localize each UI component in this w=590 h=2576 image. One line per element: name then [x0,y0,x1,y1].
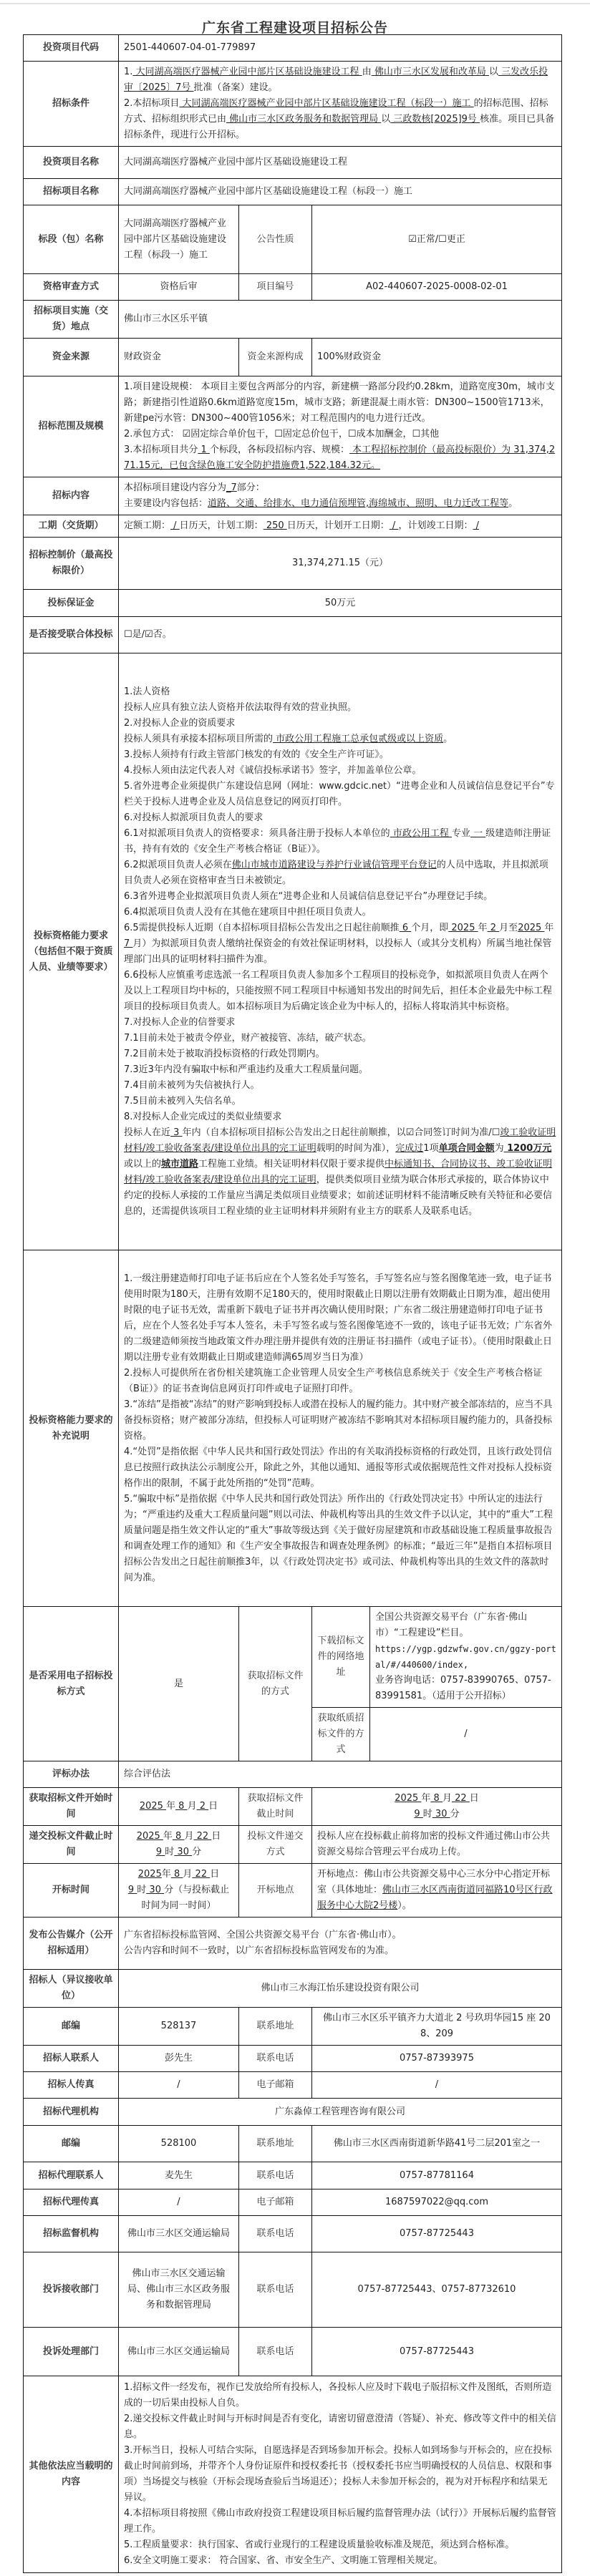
page-title: 广东省工程建设项目招标公告 [0,17,590,37]
row-tender-name: 招标项目名称 大同湖高端医疗器械产业园中部片区基础设施建设工程（标段一）施工 [24,179,562,205]
label-content: 招标内容 [24,477,119,515]
row-complaint-handle: 投诉处理部门 佛山市三水区交通运输局 联系电话 0757-87725443 [24,2328,562,2376]
invest-code-value: 2501-440607-04-01-779897 [119,35,562,62]
label-tenderer-postcode: 邮编 [24,2008,119,2046]
label-opening-time: 开标时间 [24,1864,119,1918]
paragraph: 7.1目前未处于被责令停业，财产被接管、冻结，破产状态。 [124,1031,556,1046]
agency-postcode-value: 528100 [119,2126,239,2162]
opening-time-value: 2025年 8 月 22 日 9 时 30 分（与投标截止时间为同一时间） [119,1864,239,1918]
row-agency-postcode: 邮编 528100 联系地址 佛山市三水区西南街道新华路41号二层201室之一 [24,2126,562,2162]
label-complaint-handle: 投诉处理部门 [24,2328,119,2376]
agency-address-value: 佛山市三水区西南街道新华路41号二层201室之一 [312,2126,562,2162]
label-conditions: 招标条件 [24,62,119,147]
label-consortium: 是否接受联合体投标 [24,617,119,653]
label-submit-deadline: 递交投标文件截止时间 [24,1826,119,1864]
row-agency-fax: 招标代理传真 / 电子邮箱 1687597022@qq.com [24,2189,562,2216]
label-download-address: 下载招标文件的网络地址 [312,1607,370,1708]
row-complaint-receive: 投诉接收部门 佛山市三水区交通运输局、佛山市三水区政务服务和数据管理局 联系电话… [24,2252,562,2328]
paragraph: 3.“冻结”是指被“冻结”的财产影响到投标人或潜在投标人的履约能力。其中财产被全… [124,1397,556,1444]
section-value: 大同湖高端医疗器械产业园中部片区基础设施建设工程（标段一）施工 [119,205,239,274]
paragraph: 4.“处罚”是指依据《中华人民共和国行政处罚法》作出的有关取消投标资格的行政处罚… [124,1444,556,1492]
paragraph: 6.3省外进粤企业拟派项目负责人须在“进粤企业和人员诚信信息登记平台”办理登记手… [124,889,556,905]
label-supervision: 招标监督机构 [24,2216,119,2252]
agency-email-value: 1687597022@qq.com [312,2189,562,2216]
agency-person-value: 麦先生 [119,2162,239,2189]
project-code-value: A02-440607-2025-0008-02-01 [312,274,562,301]
media-value: 广东省招标投标监管网、全国公共资源交易平台（广东省·佛山市）。 公告内容和时间不… [119,1918,562,1970]
complaint-receive-value: 佛山市三水区交通运输局、佛山市三水区政务服务和数据管理局 [119,2252,239,2328]
row-obtain-time: 获取招标文件开始时间 2025 年 8 月 2 日 获取招标文件截止时间 202… [24,1788,562,1826]
row-agency: 招标代理机构 广东淼倬工程管理咨询有限公司 [24,2099,562,2126]
paragraph: 3.投标人须持有行政主管部门核发的有效的《安全生产许可证》。 [124,747,556,763]
label-electronic: 是否采用电子招标投标方式 [24,1607,119,1761]
paragraph: 2.承包方式： ☑固定综合单价包干，☐固定总价包干，☐成本加酬金，☐其他 [124,427,556,442]
label-paper-method: 获取纸质招标文件的方式 [312,1708,370,1761]
label-other: 其他依法应当载明的内容 [24,2376,119,2573]
paragraph: 6.2拟派项目负责人必须在佛山市城市道路建设与养护行业诚信管理平台登记的人员中选… [124,857,556,889]
paragraph: 1.法人资格 [124,684,556,700]
submit-method-value: 投标人应在投标截止前将加密的投标文件通过佛山市公共资源交易综合管理云平台成功上传… [312,1826,562,1864]
label-section: 标段（包）名称 [24,205,119,274]
paragraph: 6.对投标人拟派项目负责人的要求 [124,810,556,826]
paragraph: 6.安全文明施工要求： 符合国家、省、市安全生产、文明施工管理相关规定。 [124,2553,556,2569]
notice-nature-value: ☑正常/☐更正 [312,205,562,274]
duration-text: 定额工期： / 日历天，计划工期： 250 日历天，计划开工日期： / ，计划竣… [119,515,562,538]
row-consortium: 是否接受联合体投标 ☐是/☑否。 [24,617,562,653]
content-text: 本招标项目建设内容分为_7部分：主要建设内容包括：道路、交通、给排水、电力通信预… [119,477,562,515]
location-value: 佛山市三水区乐平镇 [119,301,562,339]
label-tenderer-address: 联系地址 [239,2008,312,2046]
row-media: 发布公告媒介（公开招标适用） 广东省招标投标监管网、全国公共资源交易平台（广东省… [24,1918,562,1970]
label-agency-fax: 招标代理传真 [24,2189,119,2216]
agency-phone-value: 0757-87781164 [312,2162,562,2189]
row-qual-review: 资格审查方式 资格后审 项目编号 A02-440607-2025-0008-02… [24,274,562,301]
tenderer-person-value: 彭先生 [119,2046,239,2072]
label-supervision-phone: 联系电话 [239,2216,312,2252]
paragraph: 投标人在近 3 年内（自本招标项目招标公告发出之日起往前顺推，以☑合同签订时间为… [124,1125,556,1220]
row-scope: 招标范围及规模 1.项目建设规模： 本项目主要包含两部分的内容，新建横一路部分段… [24,376,562,477]
paragraph: 3.开标当日，投标人可结合实际，自愿选择是否到场参加开标会。投标人如到场参与开标… [124,2443,556,2506]
tenderer-address-value: 佛山市三水区乐平镇齐力大道北 2 号玖玥华园15 座 208、209 [312,2008,562,2046]
qualification-text: 1.法人资格投标人应具有独立法人资格并依法取得有效的营业执照。2.对投标人企业的… [119,653,562,1250]
label-tenderer-phone: 联系电话 [239,2046,312,2072]
label-complaint-handle-phone: 联系电话 [239,2328,312,2376]
paragraph: 主要建设内容包括：道路、交通、给排水、电力通信预埋管,海绵城市、照明、电力迁改工… [124,496,556,512]
row-electronic-download: 是否采用电子招标投标方式 是 获取招标文件的方式 下载招标文件的网络地址 全国公… [24,1607,562,1708]
label-obtain-end: 获取招标文件截止时间 [239,1788,312,1826]
submit-deadline-date: 2025 年 8 月 22 日 [124,1829,233,1844]
qualification-note-text: 1.一级注册建造师打印电子证书后应在个人签名处手写签名，手写签名应与签名图像笔迹… [119,1250,562,1607]
label-agency-address: 联系地址 [239,2126,312,2162]
paragraph: 7.3近3年内没有骗取中标和严重违约及重大工程质量问题。 [124,1062,556,1078]
row-section: 标段（包）名称 大同湖高端医疗器械产业园中部片区基础设施建设工程（标段一）施工 … [24,205,562,274]
paragraph: 6.4拟派项目负责人没有在其他在建项目中担任项目负责人。 [124,905,556,920]
funding-composition-value: 100%财政资金 [312,339,562,376]
opening-date: 2025年 8 月 22 日 [124,1867,233,1882]
label-control-price: 招标控制价（最高投标限价） [24,538,119,590]
label-project-code: 项目编号 [239,274,312,301]
paragraph: 7.对投标人企业的信誉要求 [124,1015,556,1031]
opening-time: 9 时 30 分（与投标截止时间为同一时间） [124,1882,233,1914]
row-tenderer-postcode: 邮编 528137 联系地址 佛山市三水区乐平镇齐力大道北 2 号玖玥华园15 … [24,2008,562,2046]
label-complaint-receive-phone: 联系电话 [239,2252,312,2328]
agency-value: 广东淼倬工程管理咨询有限公司 [119,2099,562,2126]
label-notice-nature: 公告性质 [239,205,312,274]
paragraph: 6.1对拟派项目负责人的资格要求：须具备注册于投标人本单位的 市政公用工程 专业… [124,826,556,857]
download-phone: 业务咨询电话：0757-83990765、0757-83991581。（适用于公… [375,1673,556,1704]
label-obtain-method: 获取招标文件的方式 [239,1607,312,1761]
row-qualification: 投标资格能力要求（包括但不限于资质人员、业绩等要求） 1.法人资格投标人应具有独… [24,653,562,1250]
row-invest-code: 投资项目代码 2501-440607-04-01-779897 [24,35,562,62]
paragraph: 7.4目前未被列为失信被执行人。 [124,1078,556,1094]
label-tenderer-email: 电子邮箱 [239,2072,312,2099]
obtain-end-time: 9 时 30 分 [317,1807,556,1822]
paragraph: 2.本招标项目 大同湖高端医疗器械产业园中部片区基础设施建设工程（标段一）施工 … [124,96,556,143]
tenderer-email-value: / [312,2072,562,2099]
label-agency-postcode: 邮编 [24,2126,119,2162]
tenderer-fax-value: / [119,2072,239,2099]
tenderer-postcode-value: 528137 [119,2008,239,2046]
label-obtain-start: 获取招标文件开始时间 [24,1788,119,1826]
paragraph: 4.投标人须由法定代表人对《诚信投标承诺书》签字，并加盖单位公章。 [124,763,556,779]
label-evaluation: 评标办法 [24,1761,119,1788]
label-qualification: 投标资格能力要求（包括但不限于资质人员、业绩等要求） [24,653,119,1250]
paragraph: 6.5需提供投标人近期（自本招标项目招标公告发出之日起往前顺推 6 个月，即 2… [124,920,556,968]
paragraph: 5.“骗取中标”是指依据《中华人民共和国行政处罚法》所作出的《行政处罚决定书》中… [124,1492,556,1586]
label-tender-name: 招标项目名称 [24,179,119,205]
row-qualification-note: 投标资格能力要求的补充说明 1.一级注册建造师打印电子证书后应在个人签名处手写签… [24,1250,562,1607]
paragraph: 7.5目前未被列入失信名单。 [124,1094,556,1109]
obtain-start-value: 2025 年 8 月 2 日 [119,1788,239,1826]
conditions-text: 1. 大同湖高端医疗器械产业园中部片区基础设施建设工程 由 佛山市三水区发展和改… [119,62,562,147]
label-duration: 工期（交货期） [24,515,119,538]
row-control-price: 招标控制价（最高投标限价） 31,374,271.15（元） [24,538,562,590]
paragraph: 2.递交投标文件截止时间与开标时间是否有变化，请密切留意澄清（答疑）、补充、修改… [124,2411,556,2443]
paragraph: 投标人应具有独立法人资格并依法取得有效的营业执照。 [124,700,556,716]
submit-deadline-time: 9 时 30 分 [124,1844,233,1860]
obtain-end-date: 2025 年 8 月 22 日 [317,1791,556,1807]
evaluation-value: 综合评估法 [119,1761,562,1788]
submit-deadline-value: 2025 年 8 月 22 日 9 时 30 分 [119,1826,239,1864]
complaint-receive-phone-value: 0757-87725443、0757-87732610 [312,2252,562,2328]
row-submit-time: 递交投标文件截止时间 2025 年 8 月 22 日 9 时 30 分 投标文件… [24,1826,562,1864]
media-line-2: 公告内容和时间不一致时，以广东省招标投标监管网发布的为准。 [124,1943,556,1959]
consortium-value: ☐是/☑否。 [119,617,562,653]
row-conditions: 招标条件 1. 大同湖高端医疗器械产业园中部片区基础设施建设工程 由 佛山市三水… [24,62,562,147]
row-other: 其他依法应当载明的内容 1.招标文件一经发布，视作已发放给所有投标人，各投标人应… [24,2376,562,2573]
paragraph: 1.招标文件一经发布，视作已发放给所有投标人，各投标人应及时下载电子版招标文件及… [124,2380,556,2411]
paragraph: 4.本招标项目将按照《佛山市政府投资工程建设项目标后履约监督管理办法（试行）》开… [124,2506,556,2537]
paragraph: 本招标项目建设内容分为_7部分： [124,480,556,496]
notice-table: 投资项目代码 2501-440607-04-01-779897 招标条件 1. … [23,34,562,2573]
paragraph: 7.2目前未处于被取消投标资格的行政处罚期内。 [124,1046,556,1062]
label-media: 发布公告媒介（公开招标适用） [24,1918,119,1970]
label-agency: 招标代理机构 [24,2099,119,2126]
row-bid-bond: 投标保证金 50万元 [24,590,562,617]
funding-value: 财政资金 [119,339,239,376]
supervision-value: 佛山市三水区交通运输局 [119,2216,239,2252]
opening-place-value: 开标地点：佛山市公共资源交易中心三水分中心指定开标室（具体地址：佛山市三水区西南… [312,1864,562,1918]
row-content: 招标内容 本招标项目建设内容分为_7部分：主要建设内容包括：道路、交通、给排水、… [24,477,562,515]
download-address-cell: 全国公共资源交易平台（广东省·佛山市）“工程建设”栏目。 https://ygp… [370,1607,562,1708]
bid-bond-value: 50万元 [119,590,562,617]
label-invest-name: 投资项目名称 [24,147,119,179]
paragraph: 1.项目建设规模： 本项目主要包含两部分的内容，新建横一路部分段约0.28km，… [124,379,556,427]
paragraph: 2.投标人可提供所在省份相关建筑施工企业管理人员安全生产考核信息系统关于《安全生… [124,1366,556,1397]
label-location: 招标项目实施（交货）地点 [24,301,119,339]
label-tenderer-person: 招标人联系人 [24,2046,119,2072]
supervision-phone-value: 0757-87725443 [312,2216,562,2252]
row-evaluation: 评标办法 综合评估法 [24,1761,562,1788]
row-supervision: 招标监督机构 佛山市三水区交通运输局 联系电话 0757-87725443 [24,2216,562,2252]
paragraph: 2.对投标人企业的资质要求 [124,716,556,732]
row-tenderer-fax: 招标人传真 / 电子邮箱 / [24,2072,562,2099]
row-invest-name: 投资项目名称 大同湖高端医疗器械产业园中部片区基础设施建设工程 [24,147,562,179]
label-submit-method: 投标文件递交方式 [239,1826,312,1864]
tenderer-value: 佛山市三水海江怡乐建设投资有限公司 [119,1970,562,2008]
complaint-handle-value: 佛山市三水区交通运输局 [119,2328,239,2376]
label-opening-place: 开标地点 [239,1864,312,1918]
label-funding: 资金来源 [24,339,119,376]
row-opening: 开标时间 2025年 8 月 22 日 9 时 30 分（与投标截止时间为同一时… [24,1864,562,1918]
tenderer-phone-value: 0757-87393975 [312,2046,562,2072]
label-scope: 招标范围及规模 [24,376,119,477]
row-funding: 资金来源 财政资金 资金来源构成 100%财政资金 [24,339,562,376]
top-divider [0,3,590,4]
row-location: 招标项目实施（交货）地点 佛山市三水区乐平镇 [24,301,562,339]
label-qualification-note: 投标资格能力要求的补充说明 [24,1250,119,1607]
paragraph: 1. 大同湖高端医疗器械产业园中部片区基础设施建设工程 由 佛山市三水区发展和改… [124,64,556,96]
paragraph: 8.对投标人企业完成过的类似业绩要求 [124,1109,556,1125]
other-text: 1.招标文件一经发布，视作已发放给所有投标人，各投标人应及时下载电子版招标文件及… [119,2376,562,2573]
paragraph: 3.本招标项目共分 1 个标段，各标段招标内容、规模： 本工程招标控制价（最高投… [124,442,556,474]
media-line-1: 广东省招标投标监管网、全国公共资源交易平台（广东省·佛山市）。 [124,1928,556,1943]
tender-name-value: 大同湖高端医疗器械产业园中部片区基础设施建设工程（标段一）施工 [119,179,562,205]
label-tenderer-fax: 招标人传真 [24,2072,119,2099]
scope-text: 1.项目建设规模： 本项目主要包含两部分的内容，新建横一路部分段约0.28km，… [119,376,562,477]
label-agency-phone: 联系电话 [239,2162,312,2189]
complaint-handle-phone-value: 0757-87725443 [312,2328,562,2376]
paper-method-value: / [370,1708,562,1761]
control-price-value: 31,374,271.15（元） [119,538,562,590]
electronic-value: 是 [119,1607,239,1761]
download-url-link[interactable]: https://ygp.gdzwfw.gov.cn/ggzy-portal/#/… [375,1641,556,1673]
label-complaint-receive: 投诉接收部门 [24,2252,119,2328]
download-platform: 全国公共资源交易平台（广东省·佛山市）“工程建设”栏目。 [375,1610,556,1641]
label-agency-email: 电子邮箱 [239,2189,312,2216]
invest-name-value: 大同湖高端医疗器械产业园中部片区基础设施建设工程 [119,147,562,179]
label-tenderer: 招标人（异议接收单位） [24,1970,119,2008]
label-funding-composition: 资金来源构成 [239,339,312,376]
paragraph: 6.6投标人应慎重考虑选派一名工程项目负责人参加多个工程项目的投标竞争，如拟派项… [124,968,556,1015]
paragraph: 1.一级注册建造师打印电子证书后应在个人签名处手写签名，手写签名应与签名图像笔迹… [124,1271,556,1366]
row-tenderer: 招标人（异议接收单位） 佛山市三水海江怡乐建设投资有限公司 [24,1970,562,2008]
label-bid-bond: 投标保证金 [24,590,119,617]
paragraph: 投标人须具有承接本招标项目所需的 市政公用工程施工总承包贰级或以上资质。 [124,732,556,747]
paragraph: 定额工期： / 日历天，计划工期： 250 日历天，计划开工日期： / ，计划竣… [124,518,556,534]
agency-fax-value: / [119,2189,239,2216]
row-tenderer-person: 招标人联系人 彭先生 联系电话 0757-87393975 [24,2046,562,2072]
row-duration: 工期（交货期） 定额工期： / 日历天，计划工期： 250 日历天，计划开工日期… [24,515,562,538]
label-invest-code: 投资项目代码 [24,35,119,62]
obtain-end-value: 2025 年 8 月 22 日 9 时 30 分 [312,1788,562,1826]
paragraph: 5.省外进粤企业须提供广东建设信息网（网址：www.gdcic.net）“进粤企… [124,779,556,810]
row-agency-person: 招标代理联系人 麦先生 联系电话 0757-87781164 [24,2162,562,2189]
label-qual-review: 资格审查方式 [24,274,119,301]
label-agency-person: 招标代理联系人 [24,2162,119,2189]
qual-review-value: 资格后审 [119,274,239,301]
paragraph: 5.工程质量要求：执行国家、省或行业现行的工程建设质量验收标准及规范，须达到合格… [124,2537,556,2553]
